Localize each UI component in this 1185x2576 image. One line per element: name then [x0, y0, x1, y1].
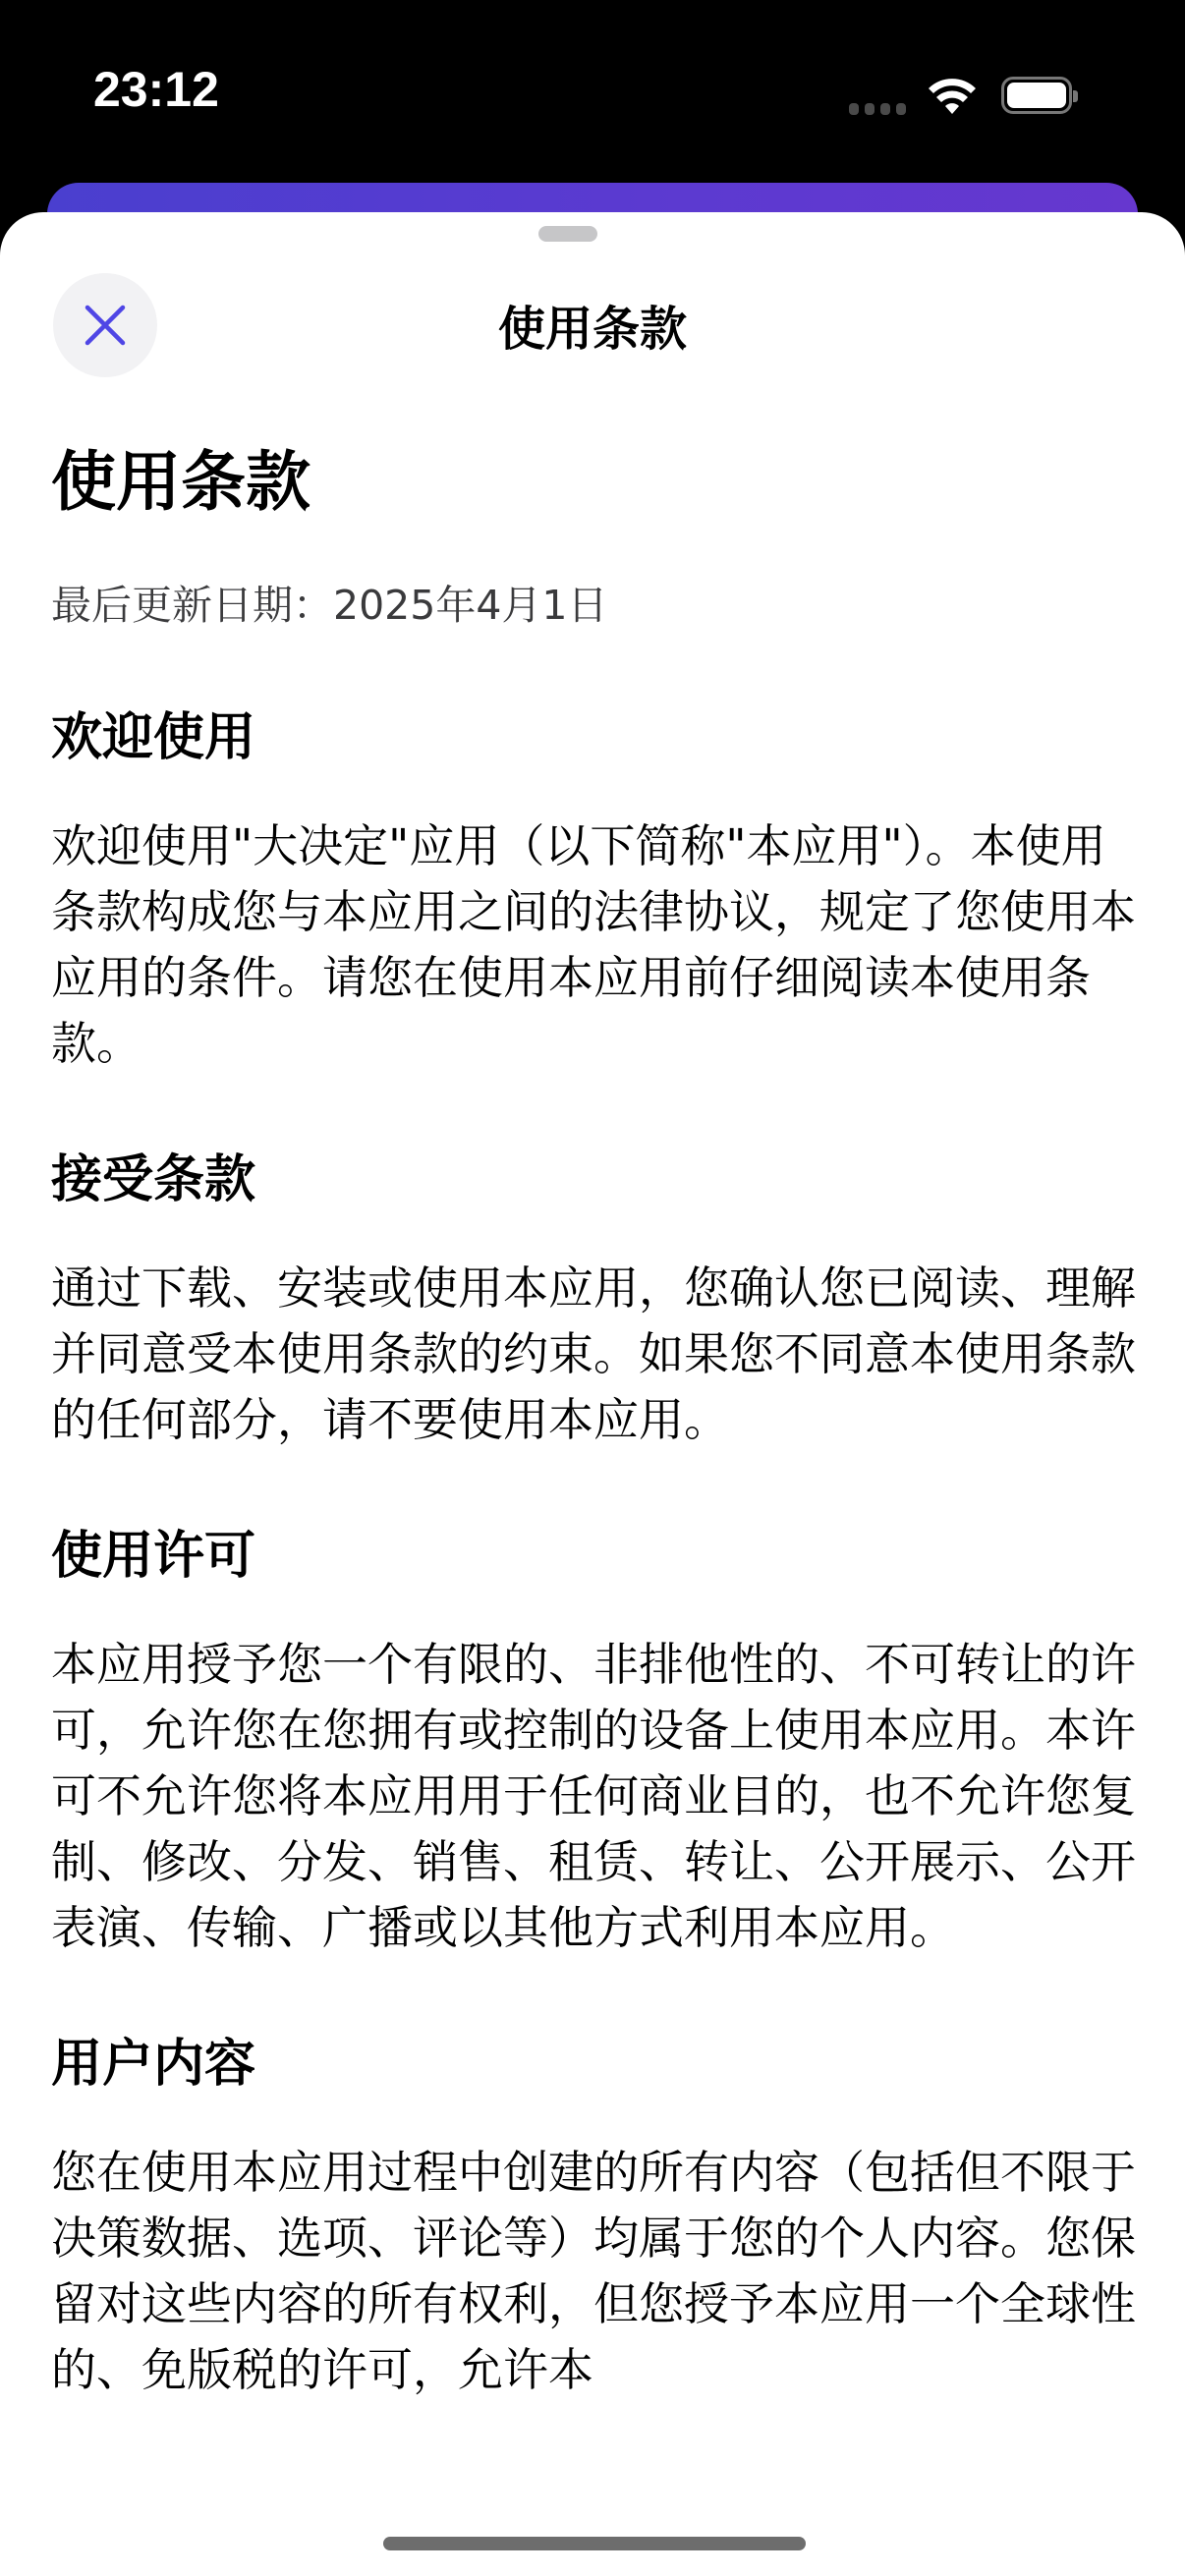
section-title: 欢迎使用 [51, 703, 1142, 772]
section-accept-terms: 接受条款 通过下载、安装或使用本应用，您确认您已阅读、理解并同意受本使用条款的约… [51, 1146, 1142, 1453]
battery-icon [1001, 77, 1072, 114]
section-welcome: 欢迎使用 欢迎使用"大决定"应用（以下简称"本应用"）。本使用条款构成您与本应用… [51, 703, 1142, 1077]
section-license: 使用许可 本应用授予您一个有限的、非排他性的、不可转让的许可，允许您在您拥有或控… [51, 1522, 1142, 1961]
terms-content: 使用条款 最后更新日期：2025年4月1日 欢迎使用 欢迎使用"大决定"应用（以… [51, 438, 1142, 2403]
section-user-content: 用户内容 您在使用本应用过程中创建的所有内容（包括但不限于决策数据、选项、评论等… [51, 2030, 1142, 2403]
section-body: 本应用授予您一个有限的、非排他性的、不可转让的许可，允许您在您拥有或控制的设备上… [51, 1632, 1142, 1961]
last-updated-date: 最后更新日期：2025年4月1日 [51, 576, 1142, 635]
section-title: 接受条款 [51, 1146, 1142, 1214]
wifi-icon [928, 77, 977, 116]
nav-title: 使用条款 [0, 291, 1185, 359]
status-bar: 23:12 [0, 0, 1185, 177]
sheet-grabber[interactable] [538, 226, 597, 242]
section-body: 通过下载、安装或使用本应用，您确认您已阅读、理解并同意受本使用条款的约束。如果您… [51, 1256, 1142, 1453]
section-body: 欢迎使用"大决定"应用（以下简称"本应用"）。本使用条款构成您与本应用之间的法律… [51, 813, 1142, 1077]
home-indicator[interactable] [383, 2537, 806, 2550]
section-title: 用户内容 [51, 2030, 1142, 2099]
signal-dots-icon [849, 103, 906, 115]
section-body: 您在使用本应用过程中创建的所有内容（包括但不限于决策数据、选项、评论等）均属于您… [51, 2140, 1142, 2403]
status-time: 23:12 [93, 61, 219, 118]
page-title: 使用条款 [51, 438, 1142, 527]
terms-sheet: 使用条款 使用条款 最后更新日期：2025年4月1日 欢迎使用 欢迎使用"大决定… [0, 212, 1185, 2576]
section-title: 使用许可 [51, 1522, 1142, 1591]
